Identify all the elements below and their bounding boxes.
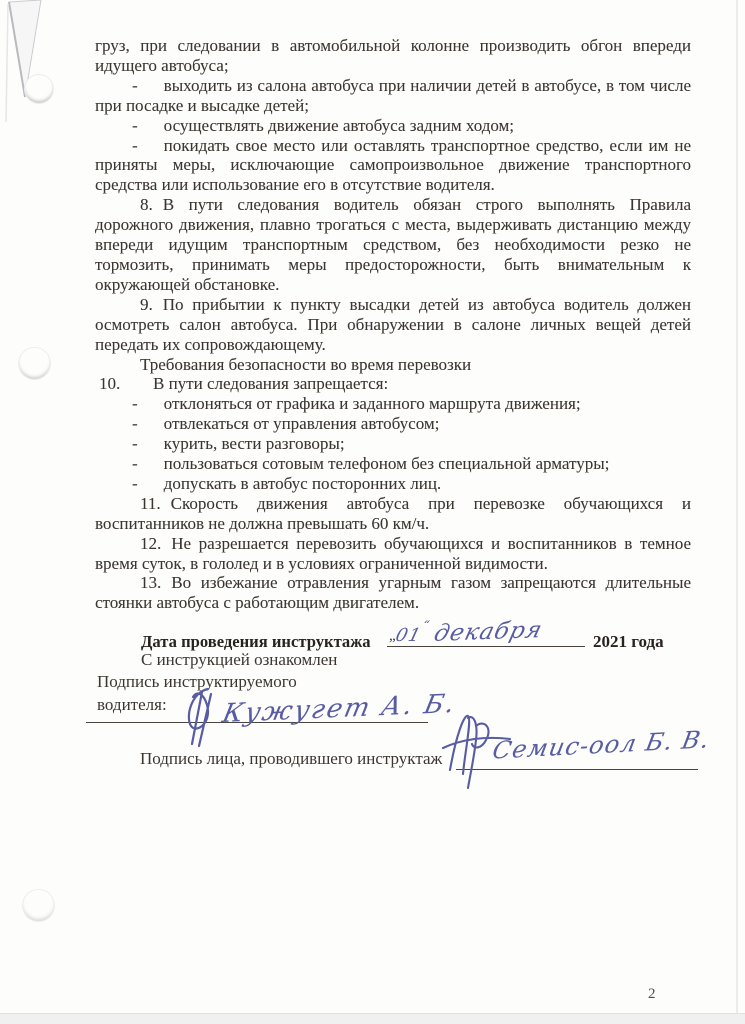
dash-bullet: - (132, 136, 138, 155)
instructor-label: Подпись лица, проводившего инструктаж (140, 749, 442, 769)
paragraph: -курить, вести разговоры; (95, 434, 691, 454)
paragraph: -пользоваться сотовым телефоном без спец… (95, 454, 691, 474)
paragraph: 9.По прибытии к пункту высадки детей из … (95, 295, 691, 355)
paragraph-text: По прибытии к пункту высадки детей из ав… (95, 295, 691, 354)
date-fill-in-line: „01“декабря (387, 627, 585, 647)
dash-bullet: - (132, 116, 138, 135)
handwritten-day: 01 (393, 625, 423, 646)
dash-bullet: - (132, 414, 138, 433)
paragraph-text: Требования безопасности во время перевоз… (140, 355, 471, 374)
paragraph-text: курить, вести разговоры; (164, 434, 345, 453)
paragraph-text: В пути следования водитель обязан строго… (95, 195, 691, 294)
paragraph-number: 12. (140, 534, 161, 553)
paragraph-number: 13. (140, 573, 161, 592)
paragraph: 12.Не разрешается перевозить обучающихся… (95, 534, 691, 574)
page-number: 2 (648, 986, 656, 1003)
paragraph: -покидать свое место или оставлять транс… (95, 136, 691, 196)
paragraph: -выходить из салона автобуса при наличии… (95, 76, 691, 116)
paragraph-text: груз, при следовании в автомобильной кол… (95, 36, 691, 75)
paragraph-text: покидать свое место или оставлять трансп… (95, 136, 691, 195)
paragraph-number: 8. (140, 195, 153, 214)
punch-hole-top (24, 74, 54, 104)
dash-bullet: - (132, 434, 138, 453)
paragraph-text: отклоняться от графика и заданного маршр… (164, 394, 581, 413)
paragraph-number: 11. (140, 494, 161, 513)
paragraph-text: допускать в автобус посторонних лиц. (164, 474, 442, 493)
handwritten-month: декабря (431, 617, 545, 647)
date-label: Дата проведения инструктажа (141, 632, 387, 652)
driver-signature-name: Кужугет А. Б. (220, 689, 459, 729)
page-right-edge-shadow (736, 0, 738, 1024)
year-label: 2021 года (593, 632, 664, 651)
paragraph: 10.В пути следования запрещается: (95, 374, 691, 394)
paragraph-text: выходить из салона автобуса при наличии … (95, 76, 691, 115)
paragraph-text: отвлекаться от управления автобусом; (164, 414, 440, 433)
paragraph-text: Во избежание отравления угарным газом за… (95, 573, 691, 612)
paragraph-number: 10. (95, 374, 153, 394)
paragraph: 11.Скорость движения автобуса при перево… (95, 494, 691, 534)
instruction-date-line: Дата проведения инструктажа„01“декабря20… (141, 627, 664, 652)
scanned-document-page: груз, при следовании в автомобильной кол… (0, 0, 745, 1024)
section-heading: Требования безопасности во время перевоз… (95, 355, 691, 375)
paragraph: -допускать в автобус посторонних лиц. (95, 474, 691, 494)
paragraph-text: осуществлять движение автобуса задним хо… (164, 116, 514, 135)
dash-bullet: - (132, 454, 138, 473)
paragraph: 13.Во избежание отравления угарным газом… (95, 573, 691, 613)
signer-line-2: водителя: (97, 695, 167, 715)
paragraph-text: Скорость движения автобуса при перевозке… (95, 494, 691, 533)
paragraph-number: 9. (140, 295, 153, 314)
paragraph-text: В пути следования запрещается: (153, 374, 388, 393)
close-quote: “ (421, 618, 431, 632)
dash-bullet: - (132, 394, 138, 413)
punch-hole-middle (18, 347, 51, 380)
paragraph: груз, при следовании в автомобильной кол… (95, 36, 691, 76)
paragraph-text: пользоваться сотовым телефоном без специ… (164, 454, 610, 473)
page-corner-fold (0, 0, 50, 140)
dash-bullet: - (132, 474, 138, 493)
paragraph-text: Не разрешается перевозить обучающихся и … (95, 534, 691, 573)
page-bottom-edge-shadow (0, 1013, 745, 1024)
paragraph: -осуществлять движение автобуса задним х… (95, 116, 691, 136)
acknowledged-line: С инструкцией ознакомлен (141, 650, 337, 670)
instructor-signature-name: Семис-оол Б. В. (490, 725, 712, 764)
document-body: груз, при следовании в автомобильной кол… (95, 36, 691, 613)
paragraph: 8.В пути следования водитель обязан стро… (95, 195, 691, 295)
paragraph: -отклоняться от графика и заданного марш… (95, 394, 691, 414)
dash-bullet: - (132, 76, 138, 95)
punch-hole-bottom (22, 889, 55, 922)
paragraph: -отвлекаться от управления автобусом; (95, 414, 691, 434)
